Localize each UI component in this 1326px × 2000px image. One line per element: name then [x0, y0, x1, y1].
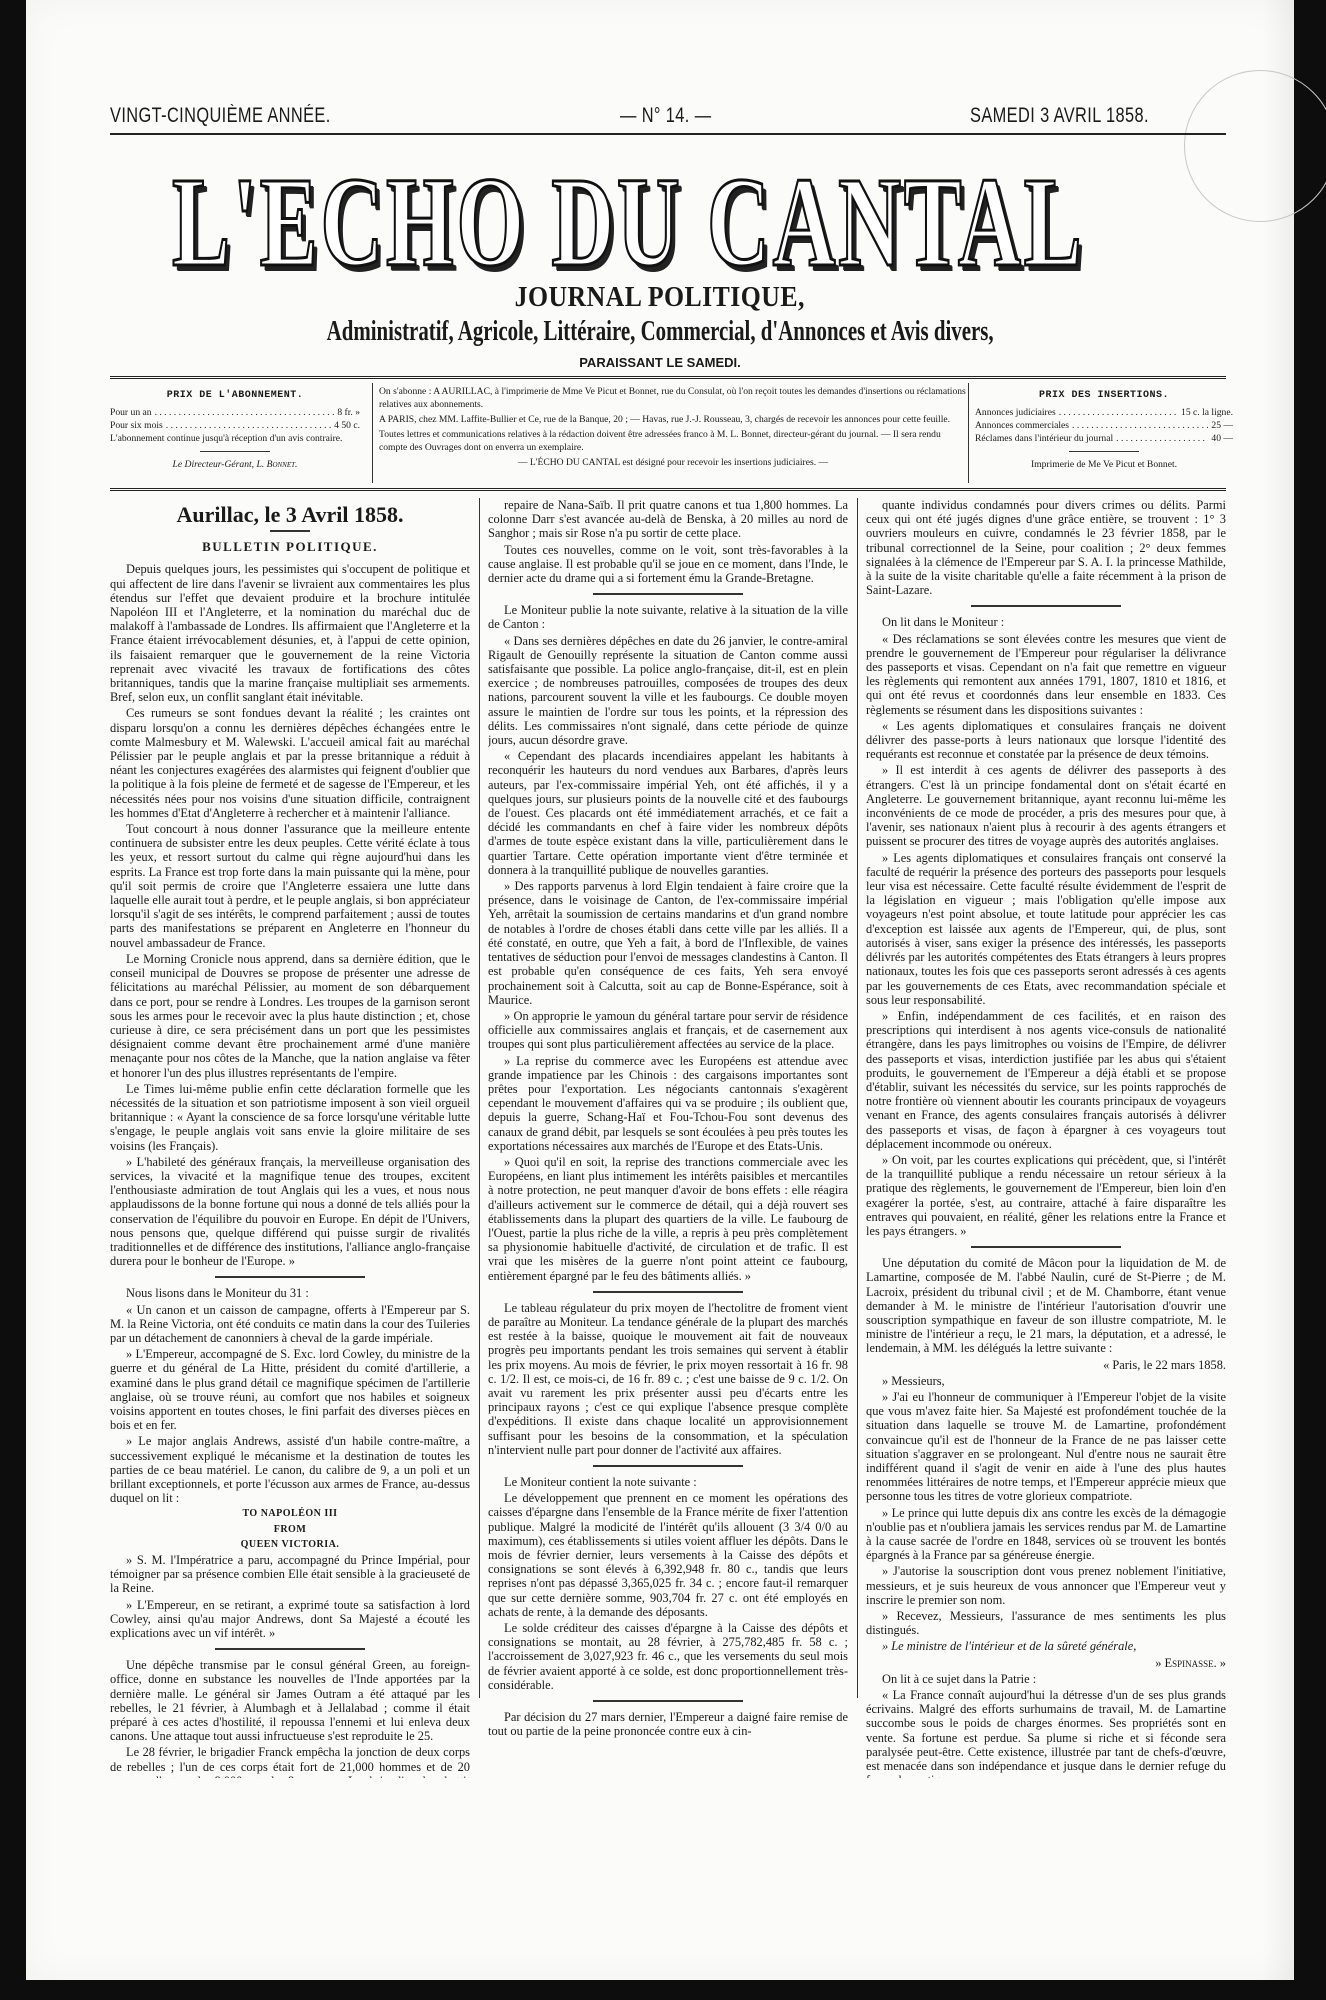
- paragraph: Nous lisons dans le Moniteur du 31 :: [110, 1286, 470, 1300]
- cannon-inscription: TO NAPOLÉON IIIFROMQUEEN VICTORIA.: [110, 1507, 470, 1552]
- paragraph: « Les agents diplomatiques et consulaire…: [866, 719, 1226, 762]
- article-cannon-gift-cont: » S. M. l'Impératrice a paru, accompagné…: [110, 1553, 470, 1640]
- paragraph: Le Morning Cronicle nous apprend, dans s…: [110, 952, 470, 1080]
- paragraph: On lit dans le Moniteur :: [866, 615, 1226, 629]
- masthead-tagline: Administratif, Agricole, Littéraire, Com…: [26, 315, 1294, 348]
- paragraph: » Des rapports parvenus à lord Elgin ten…: [488, 879, 848, 1007]
- paragraph: Le Times lui-même publie enfin cette déc…: [110, 1082, 470, 1153]
- paragraph: QUEEN VICTORIA.: [110, 1538, 470, 1552]
- article-canton: Le Moniteur publie la note suivante, rel…: [488, 603, 848, 1283]
- paragraph: Depuis quelques jours, les pessimistes q…: [110, 562, 470, 704]
- article-india-news-cont: repaire de Nana-Saïb. Il prit quatre can…: [488, 498, 848, 585]
- newspaper-page: VINGT-CINQUIÈME ANNÉE. — N° 14. — SAMEDI…: [26, 0, 1294, 1980]
- paragraph: Le tableau régulateur du prix moyen de l…: [488, 1301, 848, 1457]
- divider: [1069, 451, 1139, 452]
- price-row: Réclames dans l'intérieur du journal40 —: [975, 432, 1233, 445]
- paragraph: TO NAPOLÉON III: [110, 1507, 470, 1521]
- article-pardons: Par décision du 27 mars dernier, l'Emper…: [488, 1710, 848, 1738]
- paragraph: » Recevez, Messieurs, l'assurance de mes…: [866, 1609, 1226, 1637]
- masthead-subtitle: JOURNAL POLITIQUE,: [26, 282, 1294, 314]
- article-india-news: Une dépêche transmise par le consul géné…: [110, 1658, 470, 1778]
- paragraph: » Les agents diplomatiques et consulaire…: [866, 851, 1226, 1007]
- paragraph: » J'ai eu l'honneur de communiquer à l'E…: [866, 1390, 1226, 1504]
- paragraph: FROM: [110, 1523, 470, 1537]
- info-box: PRIX DE L'ABONNEMENT. Pour un an8 fr. » …: [110, 383, 1226, 488]
- divider: [110, 376, 1226, 379]
- letter-signoff: » Le ministre de l'intérieur et de la sû…: [866, 1639, 1226, 1653]
- issue-date: SAMEDI 3 AVRIL 1858.: [970, 104, 1149, 128]
- article-passports: On lit dans le Moniteur :« Des réclamati…: [866, 615, 1226, 1238]
- library-stamp: [1184, 70, 1326, 222]
- paragraph: Toutes ces nouvelles, comme on le voit, …: [488, 543, 848, 586]
- paragraph: Le solde créditeur des caisses d'épargne…: [488, 1621, 848, 1692]
- paragraph: » Le major anglais Andrews, assisté d'un…: [110, 1434, 470, 1505]
- column-rule: [479, 498, 480, 1698]
- paragraph: On lit à ce sujet dans la Patrie :: [866, 1672, 1226, 1686]
- insertions-box: PRIX DES INSERTIONS. Annonces judiciaire…: [968, 383, 1233, 483]
- divider: [593, 1465, 743, 1467]
- divider: [593, 593, 743, 595]
- article-cannon-gift: Nous lisons dans le Moniteur du 31 :« Un…: [110, 1286, 470, 1505]
- contact-line: — L'ÉCHO DU CANTAL est désigné pour rece…: [379, 456, 967, 469]
- paragraph: » L'Empereur, en se retirant, a exprimé …: [110, 1598, 470, 1641]
- masthead-title: L'ECHO DU CANTAL: [172, 162, 852, 282]
- paragraph: Une députation du comité de Mâcon pour l…: [866, 1256, 1226, 1355]
- article-lamartine: Une députation du comité de Mâcon pour l…: [866, 1256, 1226, 1355]
- divider: [270, 530, 310, 532]
- price-row: Annonces judiciaires15 c. la ligne.: [975, 406, 1233, 419]
- paragraph: » Quoi qu'il en soit, la reprise des tra…: [488, 1155, 848, 1283]
- paragraph: » J'autorise la souscription dont vous p…: [866, 1564, 1226, 1607]
- paragraph: » On voit, par les courtes explications …: [866, 1153, 1226, 1238]
- section-heading: BULLETIN POLITIQUE.: [110, 540, 470, 554]
- insertions-heading: PRIX DES INSERTIONS.: [975, 389, 1233, 402]
- paragraph: « Des réclamations se sont élevées contr…: [866, 632, 1226, 717]
- divider: [593, 1291, 743, 1293]
- paragraph: Ces rumeurs se sont fondues devant la ré…: [110, 706, 470, 820]
- letter-signature: » Espinasse. »: [866, 1656, 1226, 1670]
- paragraph: « Un canon et un caisson de campagne, of…: [110, 1303, 470, 1346]
- divider: [215, 1276, 365, 1278]
- contact-line: On s'abonne : A AURILLAC, à l'imprimerie…: [379, 385, 967, 411]
- column-rule: [857, 498, 858, 1698]
- divider: [971, 1246, 1121, 1248]
- paragraph: » Enfin, indépendamment de ces facilités…: [866, 1009, 1226, 1151]
- article-bulletin: Depuis quelques jours, les pessimistes q…: [110, 562, 470, 1268]
- subscription-box: PRIX DE L'ABONNEMENT. Pour un an8 fr. » …: [110, 383, 360, 471]
- paragraph: « Cependant des placards incendiaires ap…: [488, 749, 848, 877]
- divider: [200, 451, 270, 452]
- column-2: repaire de Nana-Saïb. Il prit quatre can…: [488, 498, 848, 1778]
- masthead-frequency: PARAISSANT LE SAMEDI.: [26, 355, 1294, 370]
- subscription-heading: PRIX DE L'ABONNEMENT.: [110, 389, 360, 402]
- paragraph: « Dans ses dernières dépêches en date du…: [488, 634, 848, 748]
- paragraph: Par décision du 27 mars dernier, l'Emper…: [488, 1710, 848, 1738]
- paragraph: » S. M. l'Impératrice a paru, accompagné…: [110, 1553, 470, 1596]
- paragraph: » L'habileté des généraux français, la m…: [110, 1155, 470, 1269]
- price-row: Annonces commerciales25 —: [975, 419, 1233, 432]
- paragraph: Le Moniteur contient la note suivante :: [488, 1475, 848, 1489]
- divider: [110, 488, 1226, 491]
- contact-line: Toutes lettres et communications relativ…: [379, 428, 967, 454]
- contact-line: A PARIS, chez MM. Laffite-Bullier et Ce,…: [379, 413, 967, 426]
- paragraph: Le Moniteur publie la note suivante, rel…: [488, 603, 848, 631]
- article-patrie: On lit à ce sujet dans la Patrie :« La F…: [866, 1672, 1226, 1778]
- divider: [593, 1700, 743, 1702]
- paragraph: » Il est interdit à ces agents de délivr…: [866, 763, 1226, 848]
- letter-date: « Paris, le 22 mars 1858.: [866, 1358, 1226, 1372]
- column-1: Aurillac, le 3 Avril 1858. BULLETIN POLI…: [110, 498, 470, 1778]
- paragraph: « La France connaît aujourd'hui la détre…: [866, 1688, 1226, 1778]
- dateline: Aurillac, le 3 Avril 1858.: [110, 508, 470, 522]
- paragraph: Une dépêche transmise par le consul géné…: [110, 1658, 470, 1743]
- article-savings-banks: Le Moniteur contient la note suivante :L…: [488, 1475, 848, 1692]
- price-row: Pour six mois4 50 c.: [110, 419, 360, 432]
- paragraph: » La reprise du commerce avec les Europé…: [488, 1054, 848, 1153]
- paragraph: Tout concourt à nous donner l'assurance …: [110, 822, 470, 950]
- paragraph: Le 28 février, le brigadier Franck empêc…: [110, 1745, 470, 1778]
- paragraph: quante individus condamnés pour divers c…: [866, 498, 1226, 597]
- divider: [110, 133, 1226, 135]
- letter-salutation: » Messieurs,: [866, 1374, 1226, 1388]
- top-line: VINGT-CINQUIÈME ANNÉE. — N° 14. — SAMEDI…: [110, 100, 1226, 130]
- article-pardons-cont: quante individus condamnés pour divers c…: [866, 498, 1226, 597]
- paragraph: » L'Empereur, accompagné de S. Exc. lord…: [110, 1347, 470, 1432]
- paragraph: » Le prince qui lutte depuis dix ans con…: [866, 1506, 1226, 1563]
- letter-body: » J'ai eu l'honneur de communiquer à l'E…: [866, 1390, 1226, 1637]
- divider: [971, 605, 1121, 607]
- paragraph: repaire de Nana-Saïb. Il prit quatre can…: [488, 498, 848, 541]
- column-3: quante individus condamnés pour divers c…: [866, 498, 1226, 1778]
- year-label: VINGT-CINQUIÈME ANNÉE.: [110, 104, 331, 128]
- director-signature: Le Directeur-Gérant, L. Bonnet.: [110, 458, 360, 471]
- price-row: Pour un an8 fr. »: [110, 406, 360, 419]
- issue-number: — N° 14. —: [620, 104, 711, 128]
- article-wheat-prices: Le tableau régulateur du prix moyen de l…: [488, 1301, 848, 1457]
- divider: [215, 1648, 365, 1650]
- contact-box: On s'abonne : A AURILLAC, à l'imprimerie…: [372, 383, 967, 483]
- subscription-note: L'abonnement continue jusqu'à réception …: [110, 432, 360, 445]
- paragraph: » On approprie le yamoun du général tart…: [488, 1009, 848, 1052]
- article-columns: Aurillac, le 3 Avril 1858. BULLETIN POLI…: [110, 498, 1226, 1778]
- paragraph: Le développement que prennent en ce mome…: [488, 1491, 848, 1619]
- printer-line: Imprimerie de Me Ve Picut et Bonnet.: [975, 458, 1233, 471]
